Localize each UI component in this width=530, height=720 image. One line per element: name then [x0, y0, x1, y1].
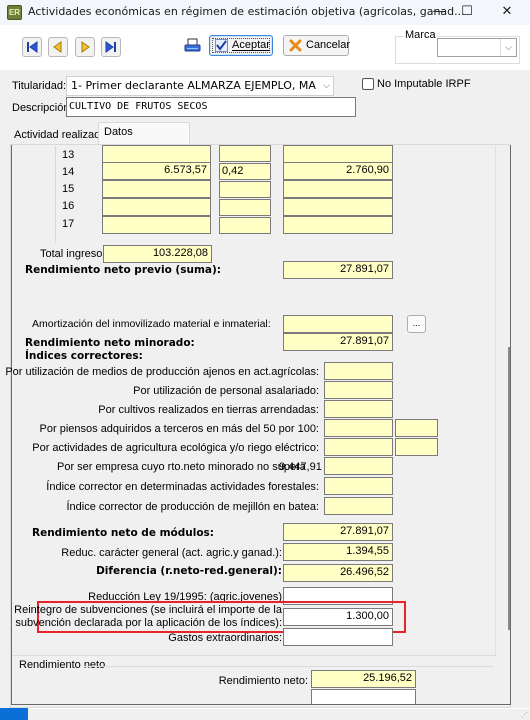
app-icon: ER: [7, 5, 22, 20]
diferencia-label: Diferencia (r.neto-red.general):: [96, 565, 282, 577]
indice-piensos-extra-field[interactable]: [395, 419, 438, 437]
last-record-button[interactable]: [101, 37, 121, 57]
indice-label: Por utilización de medios de producción …: [5, 366, 319, 378]
indice-label: Por actividades de agricultura ecológica…: [32, 442, 319, 454]
rend-minorado-field: 27.891,07: [283, 333, 393, 351]
row-number: 17: [62, 218, 74, 230]
indice-field[interactable]: 0,42: [219, 163, 271, 180]
chevron-down-icon: ⌵: [321, 77, 330, 95]
rend-previo-field: 27.891,07: [283, 261, 393, 279]
section-divider: [12, 655, 496, 656]
no-imputable-label: No Imputable IRPF: [377, 78, 471, 90]
indice-field[interactable]: [219, 217, 271, 234]
reintegro-label-line1: Reintegro de subvenciones (se incluirá e…: [14, 604, 282, 616]
descripcion-label: Descripción:: [12, 102, 73, 114]
reintegro-label-line2: subvención declarada por la aplicación d…: [15, 617, 282, 629]
tab-datos-economicos[interactable]: Datos económicos: [98, 122, 190, 144]
diferencia-field: 26.496,52: [283, 564, 393, 582]
ingresos-field[interactable]: [102, 180, 211, 198]
last-icon: [104, 40, 118, 54]
accept-button[interactable]: Aceptar: [209, 35, 273, 56]
ingresos-field[interactable]: 6.573,57: [102, 162, 211, 180]
chevron-down-icon: ⌵: [500, 39, 516, 56]
accept-label: Aceptar: [232, 36, 270, 55]
indice-arrendadas-field[interactable]: [324, 400, 393, 418]
total-ingresos-label: Total ingresos:: [40, 248, 111, 260]
tab-actividad-realizada[interactable]: Actividad realizada: [9, 126, 111, 145]
previous-icon: [51, 40, 65, 54]
reduc-general-label: Reduc. carácter general (act. agric.y ga…: [61, 547, 282, 559]
gastos-label: Gastos extraordinarios:: [168, 632, 282, 644]
vertical-scrollbar[interactable]: [508, 347, 510, 630]
rendimiento-neto-label: Rendimiento neto:: [219, 675, 308, 687]
window-title: Actividades económicas en régimen de est…: [28, 5, 465, 18]
rend-modulos-label: Rendimiento neto de módulos:: [32, 527, 214, 539]
indice-piensos-field[interactable]: [324, 419, 393, 437]
descripcion-input[interactable]: CULTIVO DE FRUTOS SECOS: [66, 97, 356, 117]
indice-field[interactable]: [219, 181, 271, 198]
checkmark-icon: [215, 39, 228, 52]
first-icon: [25, 40, 39, 54]
rend-minorado-label: Rendimiento neto minorado:: [25, 337, 195, 349]
titularidad-select[interactable]: 1- Primer declarante ALMARZA EJEMPLO, MA…: [66, 76, 334, 96]
indice-forestales-field[interactable]: [324, 477, 393, 495]
amortizacion-details-button[interactable]: ...: [407, 315, 426, 333]
indice-label: Por piensos adquiridos a terceros en más…: [40, 423, 319, 435]
rendimiento-neto-group-label: Rendimiento neto: [19, 659, 105, 671]
indice-field[interactable]: [219, 199, 271, 216]
cancel-x-icon: [289, 39, 302, 52]
indice-ecologica-field[interactable]: [324, 438, 393, 456]
indice-label: Por utilización de personal asalariado:: [133, 385, 319, 397]
indice-label: Por ser empresa cuyo rto.neto minorado n…: [57, 461, 306, 473]
rendimiento-field[interactable]: [283, 198, 393, 216]
status-indicator: [0, 708, 28, 720]
rendimiento-field[interactable]: [283, 145, 393, 163]
close-button[interactable]: ✕: [484, 0, 530, 25]
rend-modulos-field: 27.891,07: [283, 523, 393, 541]
row-number: 13: [62, 149, 74, 161]
first-record-button[interactable]: [22, 37, 42, 57]
indice-medios-ajenos-field[interactable]: [324, 362, 393, 380]
indice-personal-field[interactable]: [324, 381, 393, 399]
rendimiento-field[interactable]: 2.760,90: [283, 162, 393, 180]
next-field-partial[interactable]: [311, 689, 416, 704]
panel-divider: [495, 146, 497, 656]
rendimiento-neto-field: 25.196,52: [311, 670, 416, 688]
indice-rto-minorado-field[interactable]: [324, 457, 393, 475]
reduc-general-field: 1.394,55: [283, 543, 393, 561]
marca-select[interactable]: ⌵: [437, 38, 517, 57]
printer-icon[interactable]: [184, 38, 201, 54]
titularidad-label: Titularidad:: [12, 80, 66, 92]
indice-label: Índice corrector de producción de mejill…: [66, 501, 319, 513]
marca-label: Marca: [404, 29, 437, 41]
total-ingresos-field: 103.228,08: [103, 245, 212, 263]
group-border: [84, 666, 494, 667]
next-record-button[interactable]: [75, 37, 95, 57]
indice-ecologica-extra-field[interactable]: [395, 438, 438, 456]
previous-record-button[interactable]: [48, 37, 68, 57]
row-number: 15: [62, 183, 74, 195]
reintegro-subvenciones-field[interactable]: 1.300,00: [283, 608, 393, 626]
ingresos-field[interactable]: [102, 198, 211, 216]
indice-field[interactable]: [219, 145, 271, 162]
cancel-button[interactable]: Cancelar: [283, 35, 349, 56]
amortizacion-label: Amortización del inmovilizado material e…: [32, 318, 271, 330]
ingresos-field[interactable]: [102, 216, 211, 234]
rend-previo-label: Rendimiento neto previo (suma):: [25, 264, 221, 276]
indice-label: Índice corrector en determinadas activid…: [46, 481, 319, 493]
rendimiento-field[interactable]: [283, 216, 393, 234]
no-imputable-checkbox[interactable]: [362, 78, 374, 90]
status-bar: ⋰: [0, 708, 530, 720]
indice-label: Por cultivos realizados en tierras arren…: [98, 404, 319, 416]
indice-mejillon-field[interactable]: [324, 497, 393, 515]
indices-title: Índices correctores:: [25, 350, 143, 362]
resize-grip-icon[interactable]: ⋰: [521, 711, 528, 719]
row-number: 14: [62, 166, 74, 178]
ingresos-field[interactable]: [102, 145, 211, 163]
rendimiento-field[interactable]: [283, 180, 393, 198]
gastos-extraordinarios-field[interactable]: [283, 628, 393, 646]
row-number: 16: [62, 200, 74, 212]
next-icon: [78, 40, 92, 54]
cancel-label: Cancelar: [306, 36, 350, 55]
amortizacion-field[interactable]: [283, 315, 393, 333]
